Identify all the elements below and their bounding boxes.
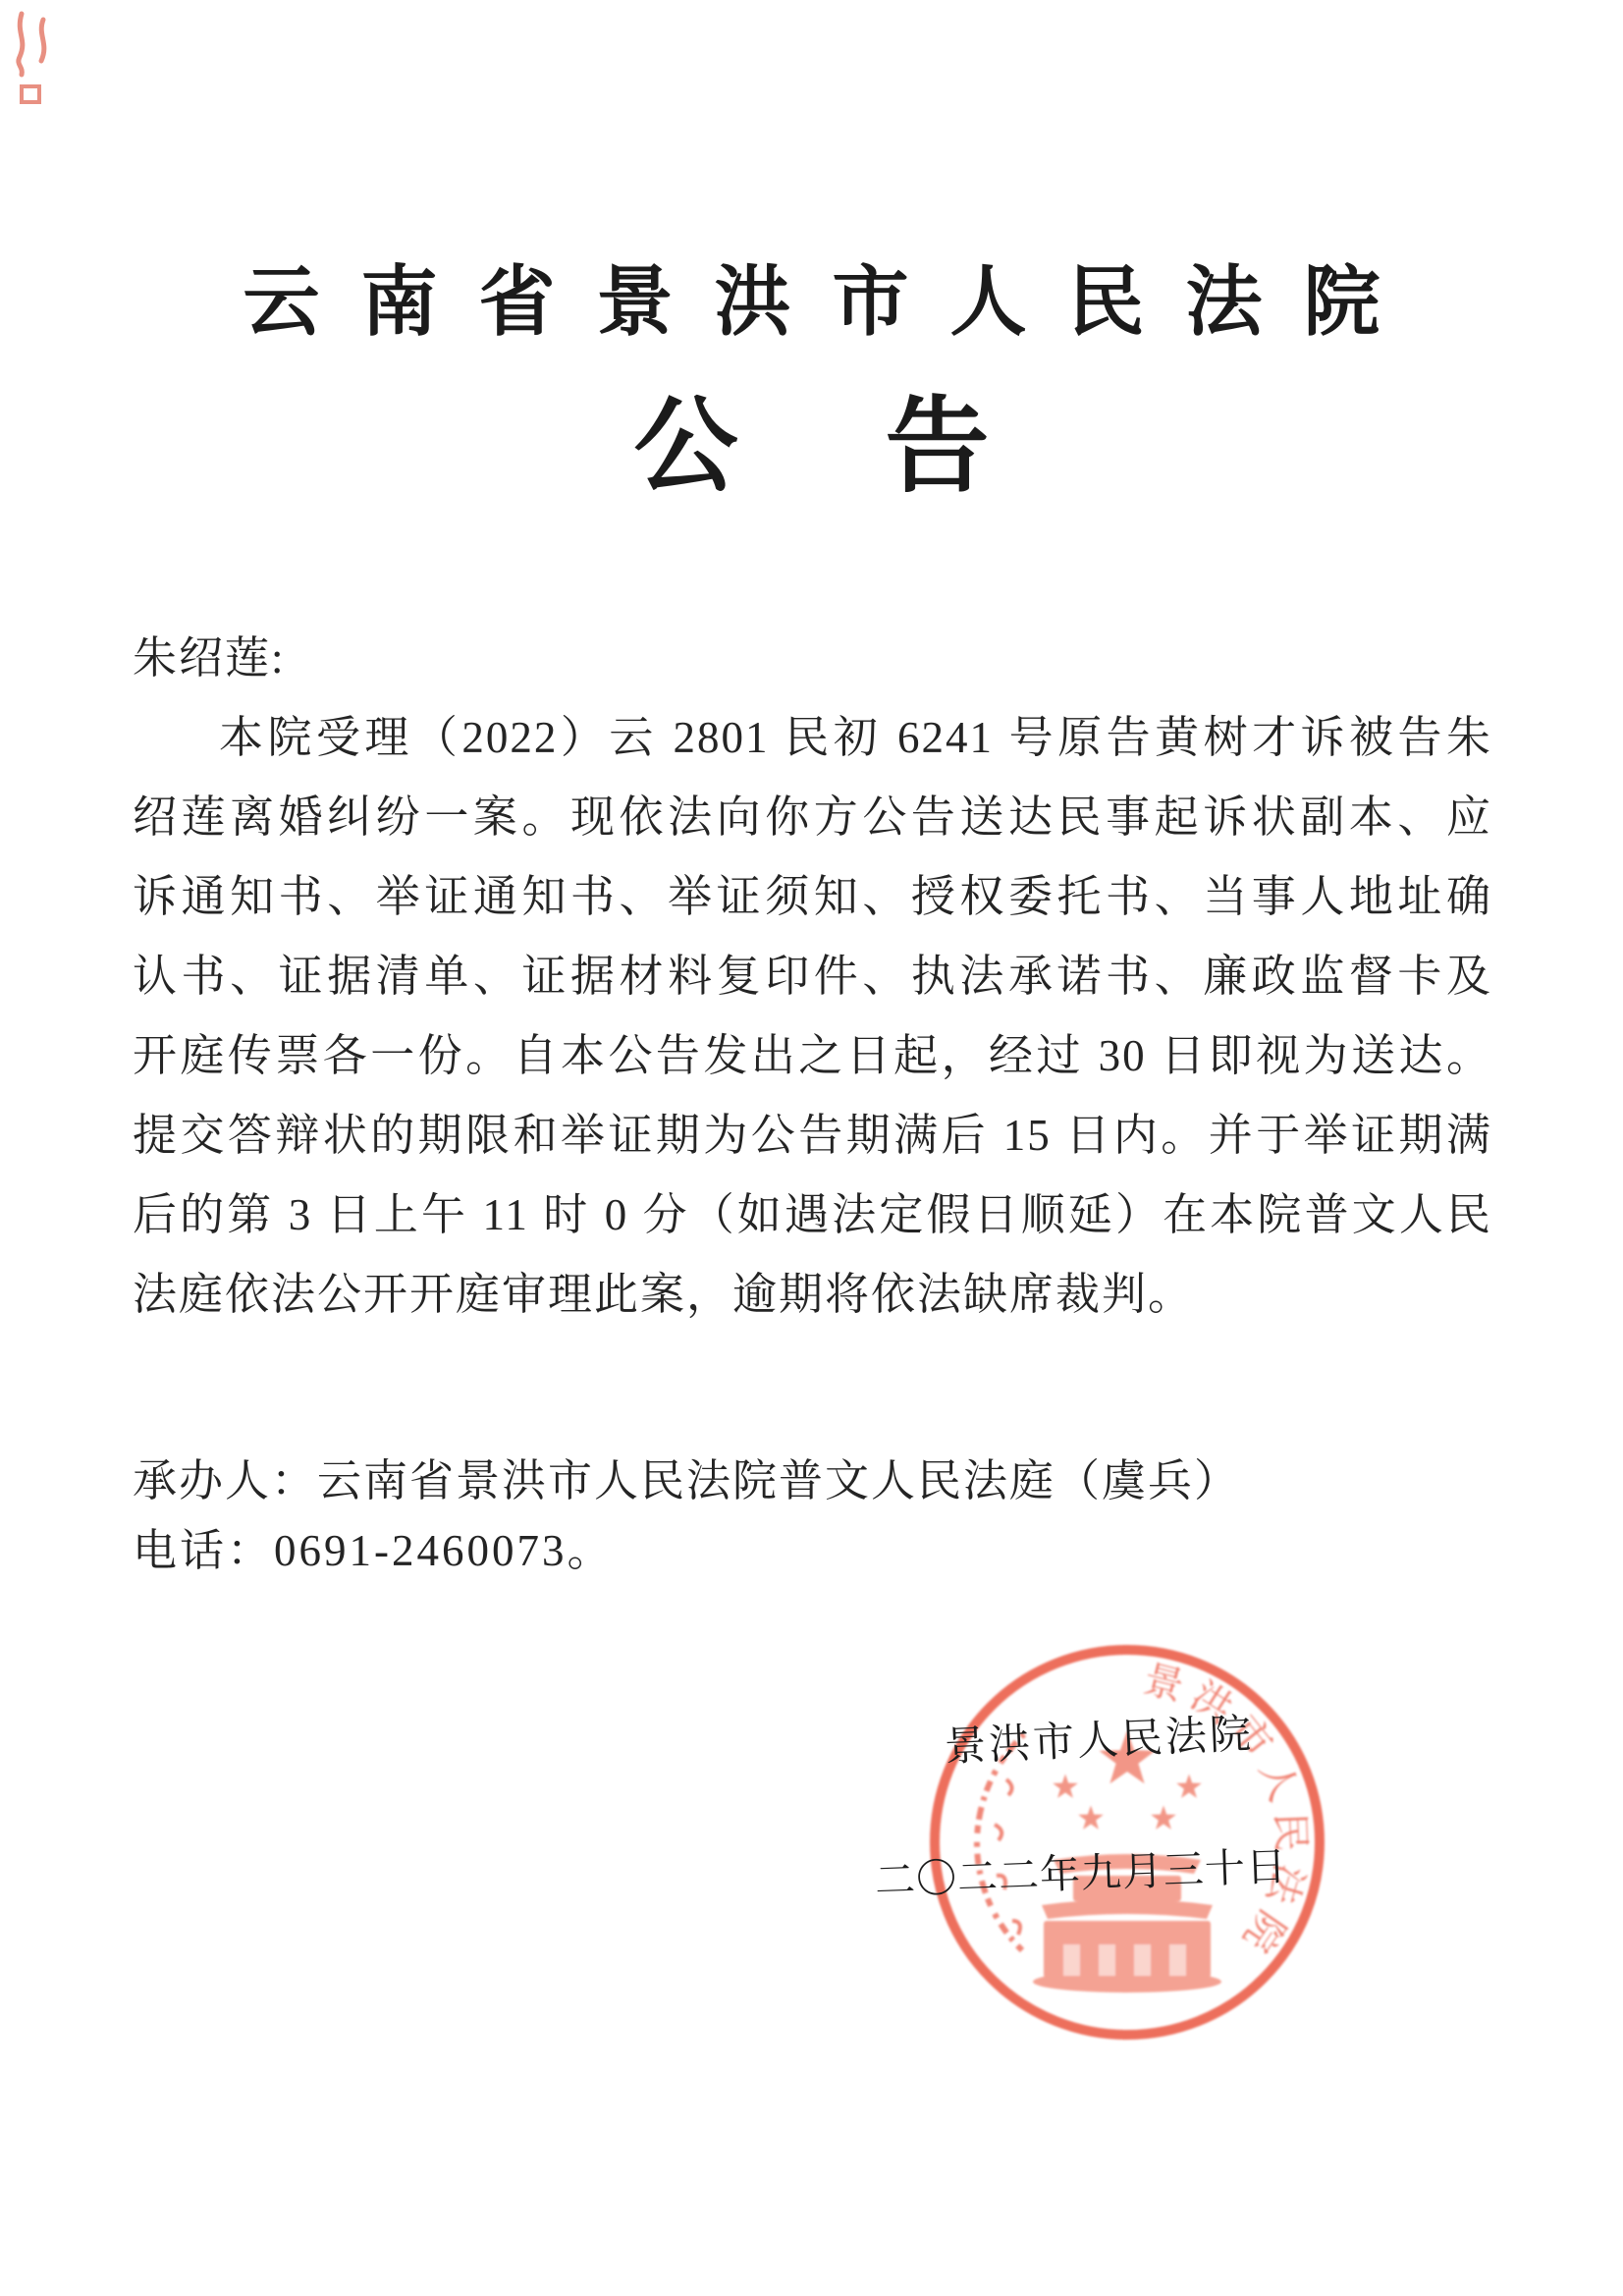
phone-line: 电话：0691-2460073。 xyxy=(133,1521,1016,1580)
red-ink-artifact xyxy=(8,6,77,119)
body-line: 诉通知书、举证通知书、举证须知、授权委托书、当事人地址确 xyxy=(133,857,1492,937)
body-line: 法庭依法公开开庭审理此案，逾期将依法缺席裁判。 xyxy=(133,1255,1492,1335)
notice-char-2: 告 xyxy=(886,393,990,502)
court-title: 云南省景洪市人民法院 xyxy=(0,260,1623,345)
body-line: 本院受理（2022）云 2801 民初 6241 号原告黄树才诉被告朱 xyxy=(133,698,1492,778)
handler-line: 承办人：云南省景洪市人民法院普文人民法庭（虞兵） xyxy=(133,1451,1527,1510)
notice-title: 公 告 xyxy=(0,393,1623,502)
court-notice-page: 云南省景洪市人民法院 公 告 朱绍莲: 本院受理（2022）云 2801 民初 … xyxy=(0,0,1623,2296)
notice-char-1: 公 xyxy=(634,393,738,502)
body-line: 提交答辩状的期限和举证期为公告期满后 15 日内。并于举证期满 xyxy=(133,1096,1492,1175)
body-line: 开庭传票各一份。自本公告发出之日起，经过 30 日即视为送达。 xyxy=(133,1016,1492,1096)
body-line: 绍莲离婚纠纷一案。现依法向你方公告送达民事起诉状副本、应 xyxy=(133,778,1492,857)
notice-body: 朱绍莲: 本院受理（2022）云 2801 民初 6241 号原告黄树才诉被告朱… xyxy=(133,619,1492,1335)
body-line: 认书、证据清单、证据材料复印件、执法承诺书、廉政监督卡及 xyxy=(133,937,1492,1016)
addressee: 朱绍莲: xyxy=(133,619,1492,698)
body-line: 后的第 3 日上午 11 时 0 分（如遇法定假日顺延）在本院普文人民 xyxy=(133,1175,1492,1255)
